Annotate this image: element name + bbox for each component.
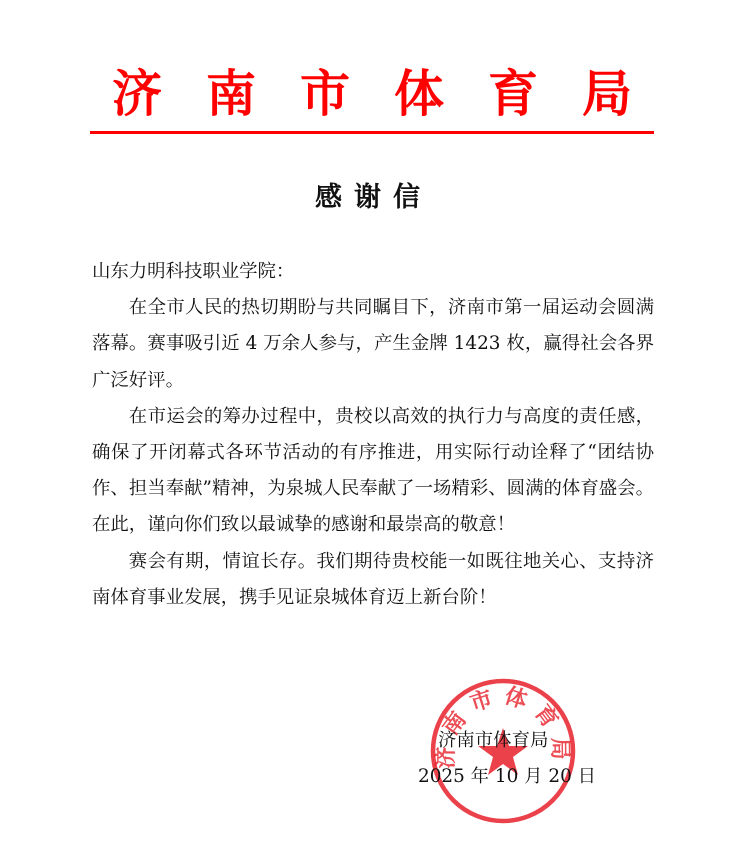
letterhead: 济 南 市 体 育 局 <box>90 64 654 124</box>
letter-body: 山东力明科技职业学院： 在全市人民的热切期盼与共同瞩目下，济南市第一届运动会圆满… <box>92 254 654 616</box>
paragraph: 在全市人民的热切期盼与共同瞩目下，济南市第一届运动会圆满落幕。赛事吸引近 4 万… <box>92 290 654 399</box>
letterhead-char: 市 <box>300 64 350 124</box>
letterhead-char: 济 <box>112 64 162 124</box>
letterhead-char: 体 <box>394 64 444 124</box>
signature-organization: 济南市体育局 <box>438 723 548 759</box>
paragraph: 赛会有期，情谊长存。我们期待贵校能一如既往地关心、支持济南体育事业发展，携手见证… <box>92 544 654 616</box>
letterhead-char: 南 <box>206 64 256 124</box>
paragraph: 在市运会的筹办过程中，贵校以高效的执行力与高度的责任感，确保了开闭幕式各环节活动… <box>92 399 654 544</box>
salutation: 山东力明科技职业学院： <box>92 254 654 290</box>
letterhead-char: 局 <box>582 64 632 124</box>
document-title: 感谢信 <box>0 178 741 218</box>
letterhead-divider <box>90 131 654 134</box>
signature-date: 2025 年 10 月 20 日 <box>418 759 596 795</box>
letterhead-char: 育 <box>488 64 538 124</box>
